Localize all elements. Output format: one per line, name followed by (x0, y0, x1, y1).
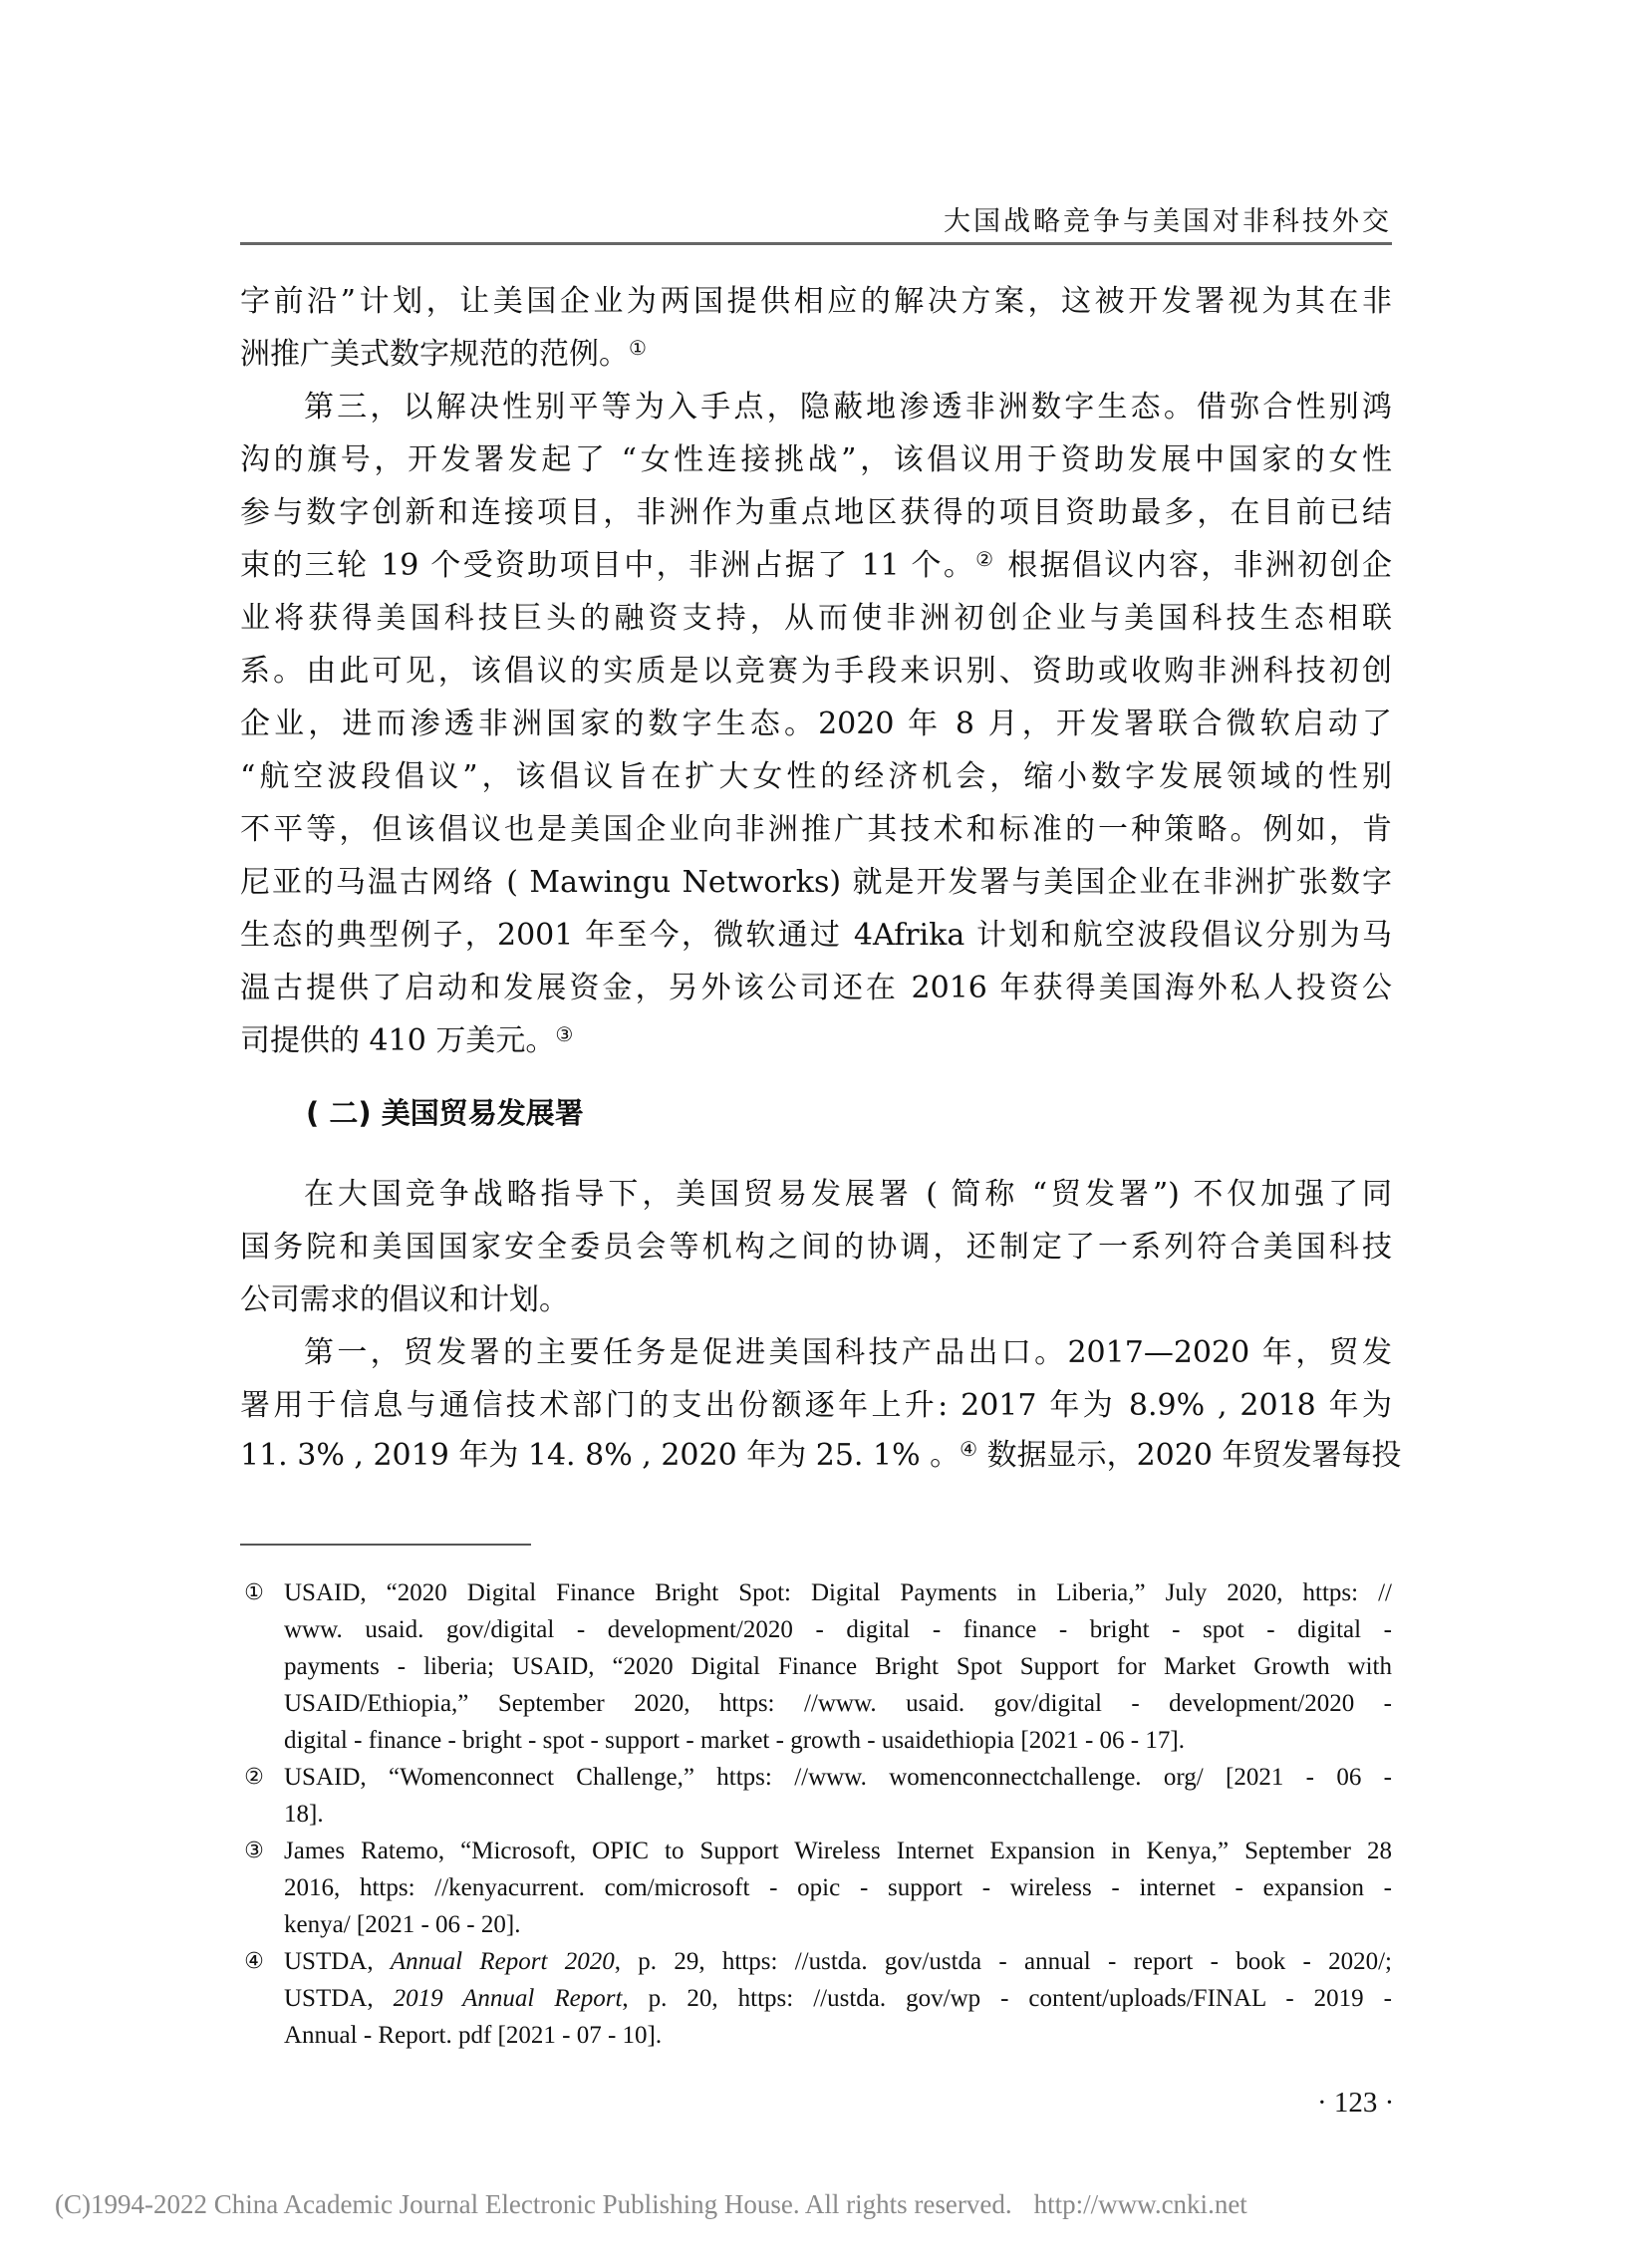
body-text-line: 洲推广美式数字规范的范例。① (240, 328, 1392, 381)
footnote-line: www. usaid. gov/digital - development/20… (284, 1611, 1392, 1648)
footnote-ref-1[interactable]: ① (629, 336, 647, 360)
body-text-line: 企业，进而渗透非洲国家的数字生态。2020 年 8 月，开发署联合微软启动了 (240, 698, 1392, 750)
body-text-line: 11. 3% , 2019 年为 14. 8% , 2020 年为 25. 1%… (240, 1429, 1392, 1482)
body-text-line: 沟的旗号，开发署发起了 “女性连接挑战”，该倡议用于资助发展中国家的女性 (240, 433, 1392, 486)
header-divider (240, 242, 1392, 245)
footnote-line: USAID/Ethiopia,” September 2020, https: … (284, 1685, 1392, 1722)
body-text-line: 参与数字创新和连接项目，非洲作为重点地区获得的项目资助最多，在目前已结 (240, 486, 1392, 539)
footnote-line: James Ratemo, “Microsoft, OPIC to Suppor… (284, 1833, 1392, 1869)
footnote-line: USAID, “2020 Digital Finance Bright Spot… (284, 1574, 1392, 1611)
running-header: 大国战略竞争与美国对非科技外交 (944, 199, 1392, 238)
body-text-line: 第一，贸发署的主要任务是促进美国科技产品出口。2017—2020 年，贸发 (240, 1326, 1392, 1379)
footnote-text: USTDA, (284, 1985, 394, 2012)
footnote-line: payments - liberia; USAID, “2020 Digital… (284, 1648, 1392, 1685)
copyright-notice: (C)1994-2022 China Academic Journal Elec… (55, 2186, 1247, 2222)
body-text: 司提供的 410 万美元。 (240, 1023, 555, 1058)
body-text-line: 国务院和美国国家安全委员会等机构之间的协调，还制定了一系列符合美国科技 (240, 1221, 1392, 1274)
body-text: 束的三轮 19 个受资助项目中，非洲占据了 11 个。 (240, 548, 975, 583)
body-text-line: 公司需求的倡议和计划。 (240, 1274, 1392, 1326)
footnote-line: USTDA, 2019 Annual Report, p. 20, https:… (284, 1980, 1392, 2017)
footnote-marker-3: ③ (240, 1833, 268, 1869)
body-text-line: “航空波段倡议”，该倡议旨在扩大女性的经济机会，缩小数字发展领域的性别 (240, 750, 1392, 803)
footnote-title-italic: 2019 Annual Report (394, 1985, 623, 2012)
footnote-line: 18]. (284, 1796, 1392, 1833)
body-text-line: 第三，以解决性别平等为入手点，隐蔽地渗透非洲数字生态。借弥合性别鸿 (240, 381, 1392, 433)
section-heading: ( 二) 美国贸易发展署 (306, 1089, 584, 1137)
footnote-title-italic: Annual Report 2020 (391, 1948, 615, 1975)
footnote-line: kenya/ [2021 - 06 - 20]. (284, 1906, 1392, 1943)
body-text: 根据倡议内容，非洲初创企 (995, 548, 1392, 583)
footnote-line: digital - finance - bright - spot - supp… (284, 1722, 1392, 1759)
footnote-text: , p. 20, https: //ustda. gov/wp - conten… (622, 1985, 1392, 2012)
footnote-text: USTDA, (284, 1948, 391, 1975)
body-text-line: 束的三轮 19 个受资助项目中，非洲占据了 11 个。② 根据倡议内容，非洲初创… (240, 539, 1392, 592)
footnote-ref-4[interactable]: ④ (960, 1437, 977, 1461)
footnote-line: USAID, “Womenconnect Challenge,” https: … (284, 1759, 1392, 1796)
body-text-line: 字前沿”计划，让美国企业为两国提供相应的解决方案，这被开发署视为其在非 (240, 275, 1392, 328)
body-text-line: 尼亚的马温古网络 ( Mawingu Networks) 就是开发署与美国企业在… (240, 856, 1392, 909)
footnote-text: , p. 29, https: //ustda. gov/ustda - ann… (615, 1948, 1392, 1975)
body-text: 洲推广美式数字规范的范例。 (240, 337, 629, 372)
body-text-line: 系。由此可见，该倡议的实质是以竞赛为手段来识别、资助或收购非洲科技初创 (240, 645, 1392, 698)
body-text: 11. 3% , 2019 年为 14. 8% , 2020 年为 25. 1%… (240, 1438, 960, 1473)
body-text-line: 不平等，但该倡议也是美国企业向非洲推广其技术和标准的一种策略。例如，肯 (240, 803, 1392, 856)
footnote-line: 2016, https: //kenyacurrent. com/microso… (284, 1869, 1392, 1906)
footnote-line: USTDA, Annual Report 2020, p. 29, https:… (284, 1943, 1392, 1980)
body-text-line: 署用于信息与通信技术部门的支出份额逐年上升: 2017 年为 8.9% , 20… (240, 1379, 1392, 1432)
body-text: 数据显示，2020 年贸发署每投 (977, 1438, 1401, 1473)
body-text-line: 生态的典型例子，2001 年至今，微软通过 4Afrika 计划和航空波段倡议分… (240, 909, 1392, 962)
footnote-line: Annual - Report. pdf [2021 - 07 - 10]. (284, 2017, 1392, 2054)
footnote-marker-4: ④ (240, 1943, 268, 1980)
footnote-marker-2: ② (240, 1759, 268, 1796)
body-text-line: 在大国竞争战略指导下，美国贸易发展署 ( 简称 “贸发署”) 不仅加强了同 (240, 1168, 1392, 1221)
footnote-marker-1: ① (240, 1574, 268, 1611)
footnote-ref-2[interactable]: ② (975, 547, 995, 571)
footnote-divider (240, 1544, 531, 1546)
body-text-line: 业将获得美国科技巨头的融资支持，从而使非洲初创企业与美国科技生态相联 (240, 592, 1392, 645)
footnote-ref-3[interactable]: ③ (555, 1022, 573, 1046)
cnki-link[interactable]: http://www.cnki.net (1034, 2189, 1247, 2219)
page-number: · 123 · (1317, 2083, 1394, 2123)
copyright-text: (C)1994-2022 China Academic Journal Elec… (55, 2189, 1012, 2219)
body-text-line: 司提供的 410 万美元。③ (240, 1014, 1392, 1067)
body-text-line: 温古提供了启动和发展资金，另外该公司还在 2016 年获得美国海外私人投资公 (240, 962, 1392, 1014)
